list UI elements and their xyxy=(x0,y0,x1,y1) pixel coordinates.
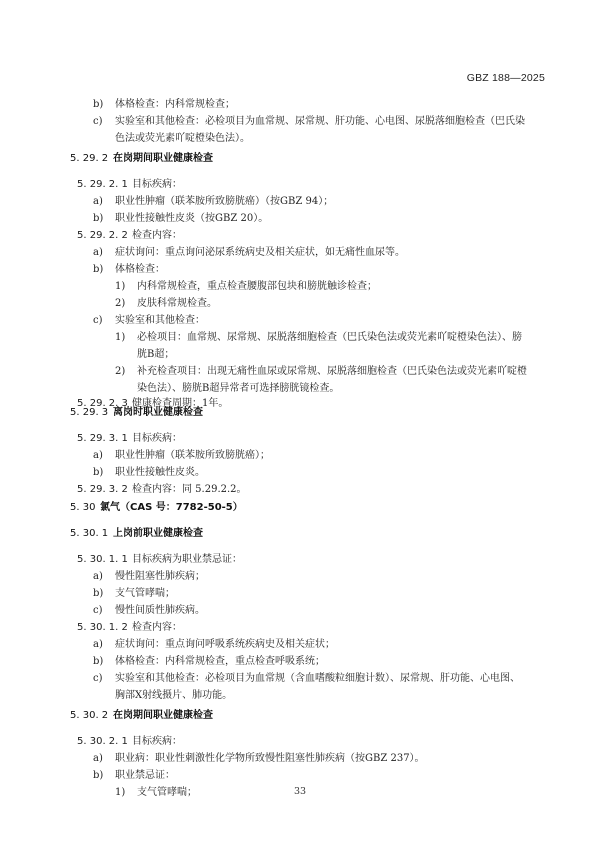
list-marker: a) xyxy=(93,195,103,209)
section-title: 在岗期间职业健康检查 xyxy=(113,153,213,164)
list-item-continuation: 染色法）、膀胱B超异常者可选择膀胱镜检查。 xyxy=(137,382,339,396)
list-item-text: 慢性间质性肺疾病。 xyxy=(115,604,205,618)
subsection-heading: 5. 29. 2. 2检查内容： xyxy=(77,229,182,243)
subsection-number: 5. 29. 3. 1 xyxy=(77,432,132,446)
list-marker: 2) xyxy=(115,297,125,311)
list-item-text: 体格检查：内科常规检查； xyxy=(115,98,235,112)
list-marker: a) xyxy=(93,449,103,463)
list-item-text: 症状询问：重点询问呼吸系统疾病史及相关症状； xyxy=(115,638,335,652)
list-item-text: 症状询问：重点询问泌尿系统病史及相关症状，如无痛性血尿等。 xyxy=(115,246,405,260)
list-marker: 1) xyxy=(115,280,125,294)
page-number: 33 xyxy=(0,786,600,797)
list-item-text: 实验室和其他检查： xyxy=(115,314,205,328)
subsection-title: 检查内容：同 5.29.2.2。 xyxy=(132,484,247,495)
section-number: 5. 30. 2 xyxy=(70,709,113,723)
list-item-text: 体格检查：内科常规检查，重点检查呼吸系统； xyxy=(115,655,325,669)
list-item-text: 职业性接触性皮炎。 xyxy=(115,466,205,480)
subsection-title: 目标疾病： xyxy=(132,433,182,444)
section-heading: 5. 29. 3离岗时职业健康检查 xyxy=(70,406,203,420)
list-item-text: 职业性肿瘤（联苯胺所致膀胱癌）； xyxy=(115,449,270,463)
list-marker: b) xyxy=(93,769,103,783)
list-marker: b) xyxy=(93,655,103,669)
section-title: 上岗前职业健康检查 xyxy=(113,528,203,539)
subsection-title: 检查内容： xyxy=(132,622,182,633)
list-item-text: 职业病：职业性刺激性化学物所致慢性阻塞性肺疾病（按GBZ 237）。 xyxy=(115,752,425,766)
list-marker: a) xyxy=(93,570,103,584)
list-item-text: 实验室和其他检查：必检项目为血常规（含血嗜酸粒细胞计数）、尿常规、肝功能、心电图… xyxy=(115,672,520,686)
list-item-text: 体格检查： xyxy=(115,263,165,277)
list-item-text: 慢性阻塞性肺疾病； xyxy=(115,570,205,584)
subsection-heading: 5. 29. 3. 2检查内容：同 5.29.2.2。 xyxy=(77,483,247,497)
list-item-text: 职业性肿瘤（联苯胺所致膀胱癌）（按GBZ 94）； xyxy=(115,195,333,209)
list-item-text: 职业性接触性皮炎（按GBZ 20）。 xyxy=(115,212,268,226)
list-marker: c) xyxy=(93,314,103,328)
list-marker: 1) xyxy=(115,331,125,345)
subsection-title: 目标疾病： xyxy=(132,736,182,747)
section-title: 在岗期间职业健康检查 xyxy=(113,710,213,721)
document-code-header: GBZ 188—2025 xyxy=(467,72,545,84)
section-heading: 5. 30. 1上岗前职业健康检查 xyxy=(70,527,203,541)
subsection-heading: 5. 30. 2. 1目标疾病： xyxy=(77,735,182,749)
list-item-continuation: 色法或荧光素吖啶橙染色法）。 xyxy=(115,132,250,146)
subsection-number: 5. 30. 2. 1 xyxy=(77,735,132,749)
list-marker: a) xyxy=(93,752,103,766)
list-item-text: 内科常规检查，重点检查腰腹部包块和膀胱触诊检查； xyxy=(137,280,377,294)
section-number: 5. 30. 1 xyxy=(70,527,113,541)
subsection-title: 目标疾病为职业禁忌证： xyxy=(132,554,242,565)
list-marker: c) xyxy=(93,115,103,129)
subsection-number: 5. 29. 3. 2 xyxy=(77,483,132,497)
list-item-text: 实验室和其他检查：必检项目为血常规、尿常规、肝功能、心电图、尿脱落细胞检查（巴氏… xyxy=(115,115,525,129)
list-item-text: 皮肤科常规检查。 xyxy=(137,297,217,311)
section-title: 氯气（CAS 号：7782-50-5） xyxy=(100,502,243,513)
section-number: 5. 30 xyxy=(70,501,100,515)
section-heading: 5. 30氯气（CAS 号：7782-50-5） xyxy=(70,501,243,515)
list-item-text: 支气管哮喘； xyxy=(115,587,175,601)
subsection-title: 目标疾病： xyxy=(132,179,182,190)
list-marker: a) xyxy=(93,638,103,652)
section-title: 离岗时职业健康检查 xyxy=(113,407,203,418)
section-number: 5. 29. 2 xyxy=(70,152,113,166)
subsection-title: 检查内容： xyxy=(132,230,182,241)
section-heading: 5. 30. 2在岗期间职业健康检查 xyxy=(70,709,213,723)
list-marker: 2) xyxy=(115,365,125,379)
subsection-heading: 5. 30. 1. 2检查内容： xyxy=(77,621,182,635)
document-page: GBZ 188—2025 b)体格检查：内科常规检查；c)实验室和其他检查：必检… xyxy=(0,0,600,848)
subsection-number: 5. 30. 1. 1 xyxy=(77,553,132,567)
list-item-text: 补充检查项目：出现无痛性血尿或尿常规、尿脱落细胞检查（巴氏染色法或荧光素吖啶橙 xyxy=(137,365,527,379)
list-marker: c) xyxy=(93,604,103,618)
list-item-text: 必检项目：血常规、尿常规、尿脱落细胞检查（巴氏染色法或荧光素吖啶橙染色法）、膀 xyxy=(137,331,522,345)
subsection-heading: 5. 29. 3. 1目标疾病： xyxy=(77,432,182,446)
list-item-continuation: 胱B超； xyxy=(137,348,174,362)
list-marker: b) xyxy=(93,466,103,480)
list-item-continuation: 胸部X射线摄片、肺功能。 xyxy=(115,689,232,703)
list-marker: c) xyxy=(93,672,103,686)
subsection-number: 5. 29. 2. 2 xyxy=(77,229,132,243)
list-marker: b) xyxy=(93,212,103,226)
list-item-text: 职业禁忌证： xyxy=(115,769,175,783)
list-marker: b) xyxy=(93,263,103,277)
subsection-number: 5. 29. 2. 1 xyxy=(77,178,132,192)
list-marker: b) xyxy=(93,587,103,601)
section-number: 5. 29. 3 xyxy=(70,406,113,420)
subsection-heading: 5. 29. 2. 1目标疾病： xyxy=(77,178,182,192)
section-heading: 5. 29. 2在岗期间职业健康检查 xyxy=(70,152,213,166)
list-marker: a) xyxy=(93,246,103,260)
subsection-number: 5. 30. 1. 2 xyxy=(77,621,132,635)
list-marker: b) xyxy=(93,98,103,112)
subsection-heading: 5. 30. 1. 1目标疾病为职业禁忌证： xyxy=(77,553,242,567)
